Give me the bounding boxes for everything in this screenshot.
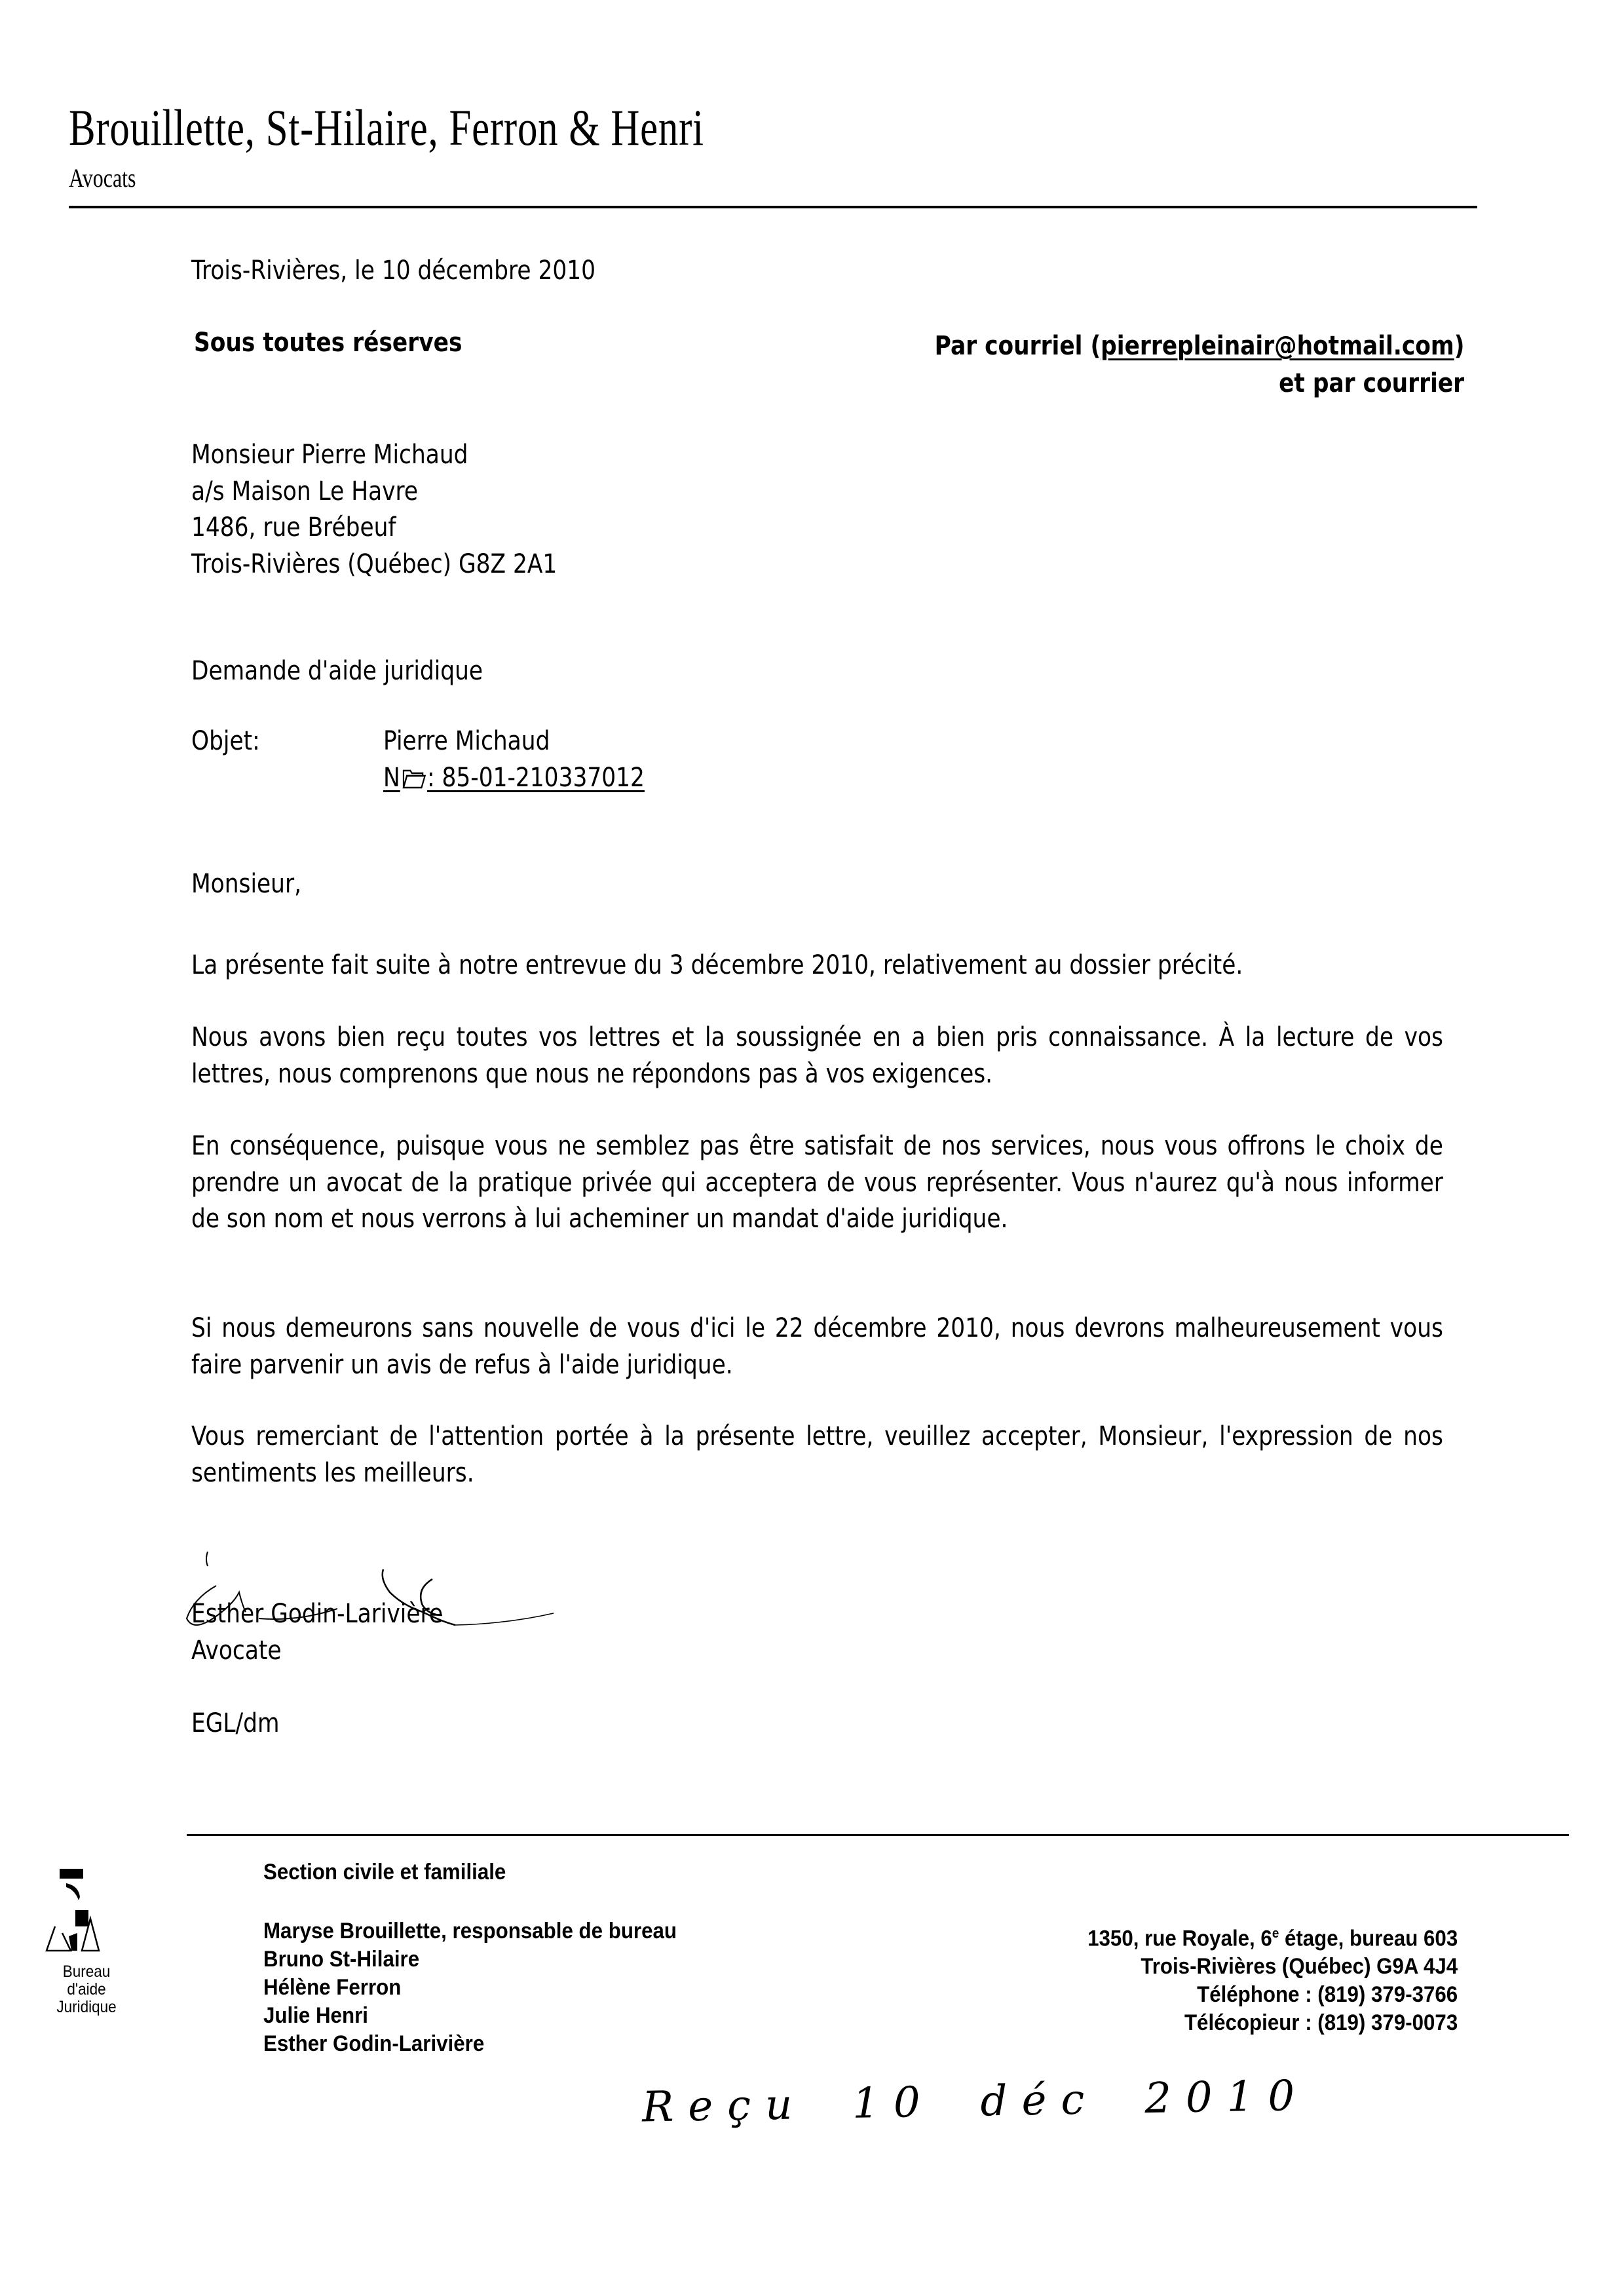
staff-member: Bruno St-Hilaire bbox=[263, 1945, 677, 1974]
recipient-line: a/s Maison Le Havre bbox=[191, 474, 557, 510]
file-prefix: N bbox=[383, 763, 400, 793]
recipient-line: Monsieur Pierre Michaud bbox=[191, 437, 557, 474]
phone-line: Téléphone : (819) 379-3766 bbox=[1087, 1981, 1458, 2009]
salutation: Monsieur, bbox=[191, 869, 301, 899]
objet-name: Pierre Michaud bbox=[383, 726, 550, 756]
file-number-value: : 85-01-210337012 bbox=[427, 763, 645, 793]
handwritten-received-note: Reçu10déc2010 bbox=[641, 2071, 1355, 2132]
subject-heading: Demande d'aide juridique bbox=[191, 656, 483, 686]
staff-member: Maryse Brouillette, responsable de burea… bbox=[263, 1917, 677, 1945]
signatory-title: Avocate bbox=[191, 1636, 282, 1666]
paragraph: Si nous demeurons sans nouvelle de vous … bbox=[191, 1311, 1443, 1383]
staff-member: Esther Godin-Larivière bbox=[263, 2030, 677, 2058]
file-number: N: 85-01-210337012 bbox=[383, 763, 645, 795]
signatory-name: Esther Godin-Larivière bbox=[191, 1599, 443, 1629]
header-divider bbox=[69, 206, 1477, 208]
paragraph: En conséquence, puisque vous ne semblez … bbox=[191, 1128, 1443, 1238]
firm-subtitle: Avocats bbox=[69, 163, 136, 193]
address-floor: étage, bureau 603 bbox=[1279, 1926, 1458, 1951]
section-title: Section civile et familiale bbox=[263, 1858, 506, 1886]
recipient-line: Trois-Rivières (Québec) G8Z 2A1 bbox=[191, 546, 557, 583]
hand-word: 2010 bbox=[1144, 2072, 1310, 2123]
delivery-suffix: ) bbox=[1454, 331, 1464, 361]
address-line-1: 1350, rue Royale, 6e étage, bureau 603 bbox=[1087, 1920, 1458, 1953]
objet-label: Objet: bbox=[191, 726, 260, 756]
firm-name: Brouillette, St-Hilaire, Ferron & Henri bbox=[69, 98, 704, 157]
delivery-line-2: et par courrier bbox=[1279, 368, 1464, 398]
address-line-2: Trois-Rivières (Québec) G9A 4J4 bbox=[1087, 1953, 1458, 1981]
paragraph: Nous avons bien reçu toutes vos lettres … bbox=[191, 1020, 1443, 1092]
address-street: 1350, rue Royale, 6 bbox=[1087, 1926, 1272, 1951]
logo-caption-line: Bureau d'aide bbox=[45, 1963, 128, 1999]
paragraph: La présente fait suite à notre entrevue … bbox=[191, 947, 1443, 984]
fax-line: Télécopieur : (819) 379-0073 bbox=[1087, 2009, 1458, 2037]
footer-divider bbox=[187, 1834, 1569, 1836]
notice-label: Sous toutes réserves bbox=[194, 328, 462, 358]
staff-member: Hélène Ferron bbox=[263, 1974, 677, 2002]
folder-icon bbox=[401, 765, 426, 795]
ordinal-suffix: e bbox=[1272, 1926, 1279, 1941]
delivery-line: Par courriel (pierrepleinair@hotmail.com… bbox=[934, 331, 1464, 361]
recipient-address: Monsieur Pierre Michaud a/s Maison Le Ha… bbox=[191, 437, 557, 583]
legal-aid-logo-icon bbox=[45, 1861, 130, 1959]
delivery-prefix: Par courriel ( bbox=[934, 331, 1100, 361]
hand-word: 10 bbox=[852, 2078, 935, 2128]
email-link[interactable]: pierrepleinair@hotmail.com bbox=[1101, 331, 1454, 361]
reference-initials: EGL/dm bbox=[191, 1708, 279, 1738]
recipient-line: 1486, rue Brébeuf bbox=[191, 510, 557, 546]
paragraph: Vous remerciant de l'attention portée à … bbox=[191, 1419, 1443, 1491]
staff-list: Maryse Brouillette, responsable de burea… bbox=[263, 1917, 677, 2058]
date-line: Trois-Rivières, le 10 décembre 2010 bbox=[191, 256, 595, 286]
logo-caption-line: Juridique bbox=[45, 1999, 128, 2016]
hand-word: déc bbox=[980, 2075, 1099, 2126]
office-address: 1350, rue Royale, 6e étage, bureau 603 T… bbox=[1087, 1920, 1458, 2037]
hand-word: Reçu bbox=[641, 2080, 806, 2132]
logo-caption: Bureau d'aide Juridique bbox=[45, 1963, 128, 2016]
staff-member: Julie Henri bbox=[263, 2002, 677, 2030]
